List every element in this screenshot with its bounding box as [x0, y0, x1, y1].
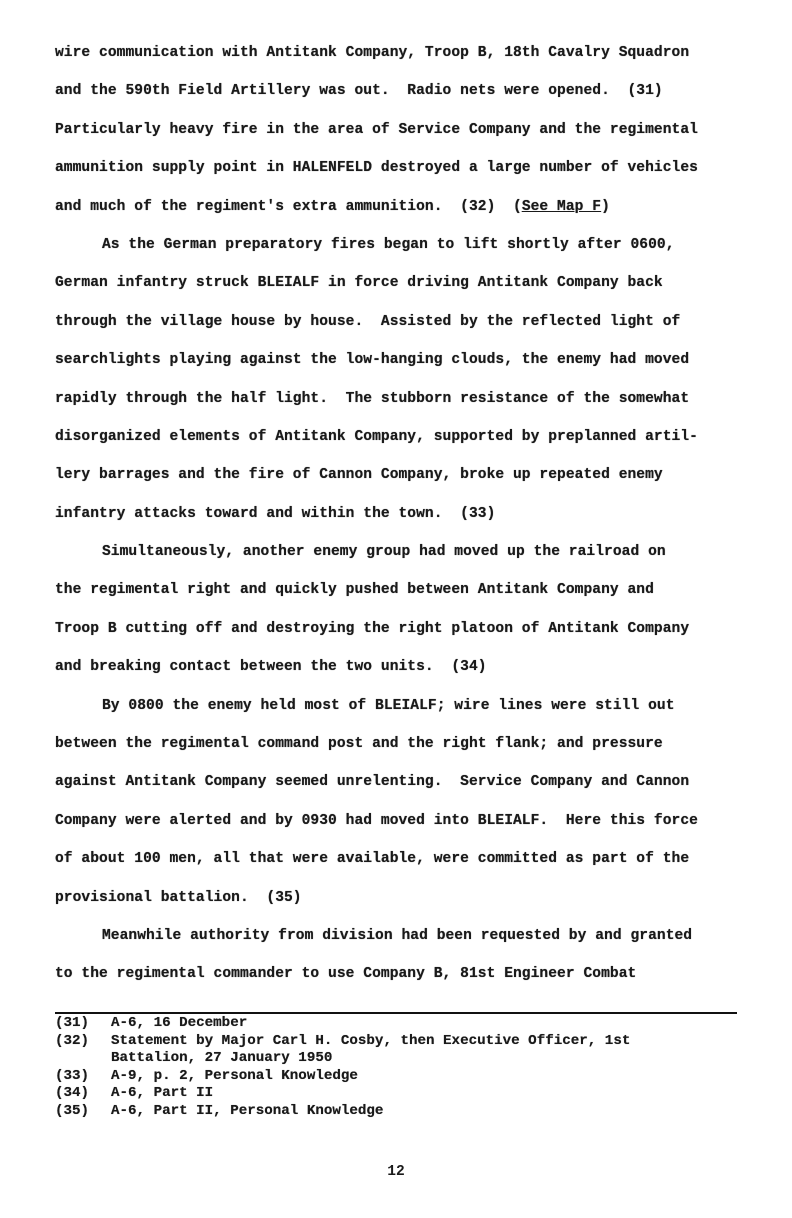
- paragraph-first-line: As the German preparatory fires began to…: [55, 226, 755, 264]
- footnote-number: (33): [55, 1068, 111, 1086]
- text-line: the regimental right and quickly pushed …: [55, 571, 755, 609]
- text-line: disorganized elements of Antitank Compan…: [55, 418, 755, 456]
- text-line: rapidly through the half light. The stub…: [55, 380, 755, 418]
- text-line: wire communication with Antitank Company…: [55, 34, 755, 72]
- footnote-text: A-6, Part II: [111, 1085, 755, 1103]
- footnote: (35) A-6, Part II, Personal Knowledge: [55, 1103, 755, 1121]
- text-line: between the regimental command post and …: [55, 725, 755, 763]
- text-line: against Antitank Company seemed unrelent…: [55, 763, 755, 801]
- footnote-text: A-9, p. 2, Personal Knowledge: [111, 1068, 755, 1086]
- footnote-text: A-6, Part II, Personal Knowledge: [111, 1103, 755, 1121]
- footnote: (33) A-9, p. 2, Personal Knowledge: [55, 1068, 755, 1086]
- body-text: wire communication with Antitank Company…: [55, 34, 755, 994]
- text-segment: ): [601, 199, 610, 215]
- footnote-text: Statement by Major Carl H. Cosby, then E…: [111, 1033, 755, 1051]
- footnote-continuation: Battalion, 27 January 1950: [55, 1050, 755, 1068]
- text-line: searchlights playing against the low-han…: [55, 341, 755, 379]
- text-line: provisional battalion. (35): [55, 879, 755, 917]
- text-line: infantry attacks toward and within the t…: [55, 495, 755, 533]
- text-line: Company were alerted and by 0930 had mov…: [55, 802, 755, 840]
- footnote: (32) Statement by Major Carl H. Cosby, t…: [55, 1033, 755, 1051]
- footnote: (31) A-6, 16 December: [55, 1015, 755, 1033]
- footnote-number: (32): [55, 1033, 111, 1051]
- text-line: lery barrages and the fire of Cannon Com…: [55, 456, 755, 494]
- footnote-number: (35): [55, 1103, 111, 1121]
- page-number: 12: [0, 1164, 792, 1180]
- footnote-text: A-6, 16 December: [111, 1015, 755, 1033]
- text-line: ammunition supply point in HALENFELD des…: [55, 149, 755, 187]
- paragraph-first-line: Simultaneously, another enemy group had …: [55, 533, 755, 571]
- document-page: wire communication with Antitank Company…: [0, 0, 792, 1218]
- footnote-number: (31): [55, 1015, 111, 1033]
- paragraph-first-line: By 0800 the enemy held most of BLEIALF; …: [55, 687, 755, 725]
- text-line: German infantry struck BLEIALF in force …: [55, 264, 755, 302]
- footnotes: (31) A-6, 16 December (32) Statement by …: [55, 1015, 755, 1121]
- text-line: Troop B cutting off and destroying the r…: [55, 610, 755, 648]
- map-reference-link: See Map F: [522, 199, 601, 215]
- footnote-number-spacer: [55, 1050, 111, 1068]
- text-line: Particularly heavy fire in the area of S…: [55, 111, 755, 149]
- text-segment: and much of the regiment's extra ammunit…: [55, 199, 522, 215]
- text-line: of about 100 men, all that were availabl…: [55, 840, 755, 878]
- text-line: through the village house by house. Assi…: [55, 303, 755, 341]
- text-line: and much of the regiment's extra ammunit…: [55, 188, 755, 226]
- text-line: to the regimental commander to use Compa…: [55, 955, 755, 993]
- paragraph-first-line: Meanwhile authority from division had be…: [55, 917, 755, 955]
- footnote-number: (34): [55, 1085, 111, 1103]
- footnote-text: Battalion, 27 January 1950: [111, 1050, 755, 1068]
- footnote-divider: [55, 1012, 737, 1014]
- text-line: and breaking contact between the two uni…: [55, 648, 755, 686]
- footnote: (34) A-6, Part II: [55, 1085, 755, 1103]
- text-line: and the 590th Field Artillery was out. R…: [55, 72, 755, 110]
